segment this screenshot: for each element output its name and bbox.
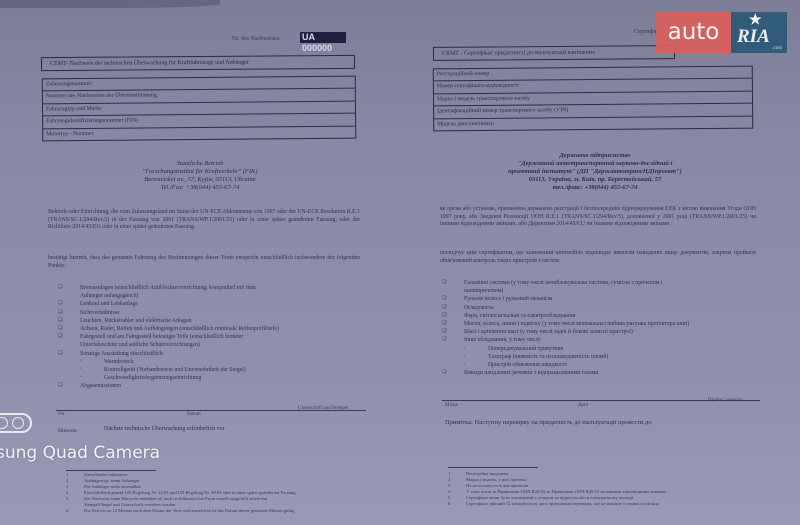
authority-line: Staatliche Betrieb	[110, 160, 290, 168]
form-row: Motortyp - Nummer	[43, 126, 355, 140]
checklist-item: Фари, світлосигнальні та електрообладнан…	[442, 312, 689, 320]
ukrainian-certificate-page: Сертифікат ЄКМТ - Сертифікат придатності…	[400, 0, 800, 525]
checklist-item: Warndreieck	[58, 358, 279, 366]
certificate-number-value: UA 000000	[300, 32, 346, 43]
logo-ria-block: ★ RIA .com	[731, 12, 787, 53]
quad-camera-icon	[0, 413, 32, 433]
footnote: 6Die Zeit bis zu 12 Monate nach dem Datu…	[66, 508, 296, 514]
inspection-checklist: Bremsanlagen (einschließlich Antiblockie…	[58, 284, 279, 391]
footnote-rule	[66, 470, 156, 471]
footnote: 6Сертифікат дійсний 12 місяців після дат…	[448, 501, 666, 507]
checklist-item: Оглядовість	[442, 304, 689, 312]
signature-place-label: Місце	[445, 403, 458, 408]
checklist-item: Тахограф (наявність та непошкодженість п…	[442, 353, 689, 361]
lens-icon	[12, 417, 24, 429]
footnotes-list: 1Zutreffendes ankreuzen2Anhängertyp: wen…	[66, 472, 296, 514]
authority-line: тел./факс: +38(044) 455-67-74	[470, 184, 720, 192]
checklist-item: Інше обладнання, у тому числі:	[442, 336, 689, 344]
checklist-item: Fahrgestell und am Fahrgestell befestigt…	[58, 333, 279, 341]
inspection-checklist: Гальмівні системи (у тому числі антиблок…	[442, 279, 689, 377]
footnotes-list: 1Непотрібне видалити2Марка і модель, у р…	[448, 471, 666, 507]
logo-auto-text: auto	[656, 12, 731, 53]
issuing-authority: Staatliche Betrieb "Forschungsinstitut f…	[110, 160, 290, 192]
checklist-item: Anhänger anfangsgleich)	[58, 292, 279, 300]
confirmation-paragraph: bestätigt hiermit, dass das genannte Fah…	[48, 255, 360, 270]
intro-paragraph: Behörde oder Einrichtung, die vom Zulass…	[48, 209, 360, 232]
autoria-logo[interactable]: auto ★ RIA .com	[656, 12, 787, 53]
signature-sign-label: Підпис і печатка	[708, 398, 743, 403]
signature-sign-label: Unterschrift und Stempel	[298, 406, 349, 411]
checklist-item: Рульове колесо і рульовий механізм	[442, 295, 689, 303]
checklist-item: Попереджувальний трикутник	[442, 345, 689, 353]
checklist-item: Leuchten, Rückstrahler und elektrische A…	[58, 317, 279, 325]
certificate-title: ЄКМТ - Сертифікат придатності до експлуа…	[433, 45, 675, 61]
checklist-item: Sichtverhältnisse	[58, 309, 279, 317]
certificate-number-label: Nr. des Nachweises:	[232, 36, 281, 42]
next-inspection-note: Примітка: Наступну перевірку на придатні…	[445, 419, 652, 426]
checklist-item: Abgasemissionen	[58, 382, 279, 390]
checklist-item: напівпричепом)	[442, 287, 689, 295]
authority-line: Beresteiskyi av., 57, Kyjiw, 03113, Ukra…	[110, 176, 290, 184]
checklist-item: Bremsanlagen (einschließlich Antiblockie…	[58, 284, 279, 292]
checklist-item: Пристрій обмеження швидкості	[442, 361, 689, 369]
authority-line: "Державний автотранспортний науково-досл…	[470, 160, 720, 168]
vehicle-form-table: Zulassungsnummer: Nummer des Nachweises …	[42, 76, 357, 142]
camera-watermark-text: sung Quad Camera	[0, 443, 160, 463]
signature-place-label: Ort	[58, 412, 65, 417]
lens-icon	[0, 417, 8, 429]
checklist-item: Achsen, Räder, Reifen und Aufhängungen (…	[58, 325, 279, 333]
footnote-rule	[448, 467, 538, 468]
checklist-item: Unterfahrschutz und seitliche Schutzvorr…	[58, 341, 279, 349]
certificate-title: CEMT- Nachweis der technischen Überwachu…	[41, 55, 355, 71]
authority-line: Державне підприємство	[470, 152, 720, 160]
checklist-item: Lenkrad und Lenkanlage	[58, 300, 279, 308]
signature-date-label: Datum	[187, 412, 201, 417]
checklist-item: Мости, колеса, шини і підвіску (у тому ч…	[442, 320, 689, 328]
checklist-item: Викиди шкідливих речовин з відпрацьовани…	[442, 369, 689, 377]
authority-line: "Forschungsinstitut für Kraftverkehr" (F…	[110, 168, 290, 176]
logo-com-text: .com	[772, 46, 782, 51]
logo-ria-text: RIA	[737, 26, 770, 48]
authority-line: 03113, Україна, м. Київ, пр. Берестейськ…	[470, 176, 720, 184]
vehicle-form-table: Реєстраційний номер Номер сертифіката ві…	[433, 66, 754, 132]
checklist-item: Kontrollgerät (Vorhandensein und Unverse…	[58, 366, 279, 374]
checklist-item: Sonstige Ausstattung einschließlich:	[58, 350, 279, 358]
authority-line: Tel./Fax: +38(044) 455-67-74	[110, 184, 290, 192]
signature-date-label: Дата	[578, 403, 588, 408]
note-label: Hinweis:	[58, 428, 78, 434]
confirmation-paragraph: посвідчує цим сертифікатом, що зазначени…	[440, 250, 756, 265]
next-inspection-note: Nächste technische Überwachung erforderl…	[104, 426, 225, 432]
authority-line: проектний інститут" (ДП "ДержавтотрансНД…	[470, 168, 720, 176]
checklist-item: Гальмівні системи (у тому числі антиблок…	[442, 279, 689, 287]
form-row: Модель двигуна/номер	[434, 116, 752, 130]
issuing-authority: Державне підприємство "Державний автотра…	[470, 152, 720, 192]
checklist-item: Шасі і кріплення шасі (у тому числі задн…	[442, 328, 689, 336]
checklist-item: Geschwindigkeitsbegrenzungseinrichtung	[58, 374, 279, 382]
intro-paragraph: як орган або установа, призначена держав…	[440, 206, 756, 229]
